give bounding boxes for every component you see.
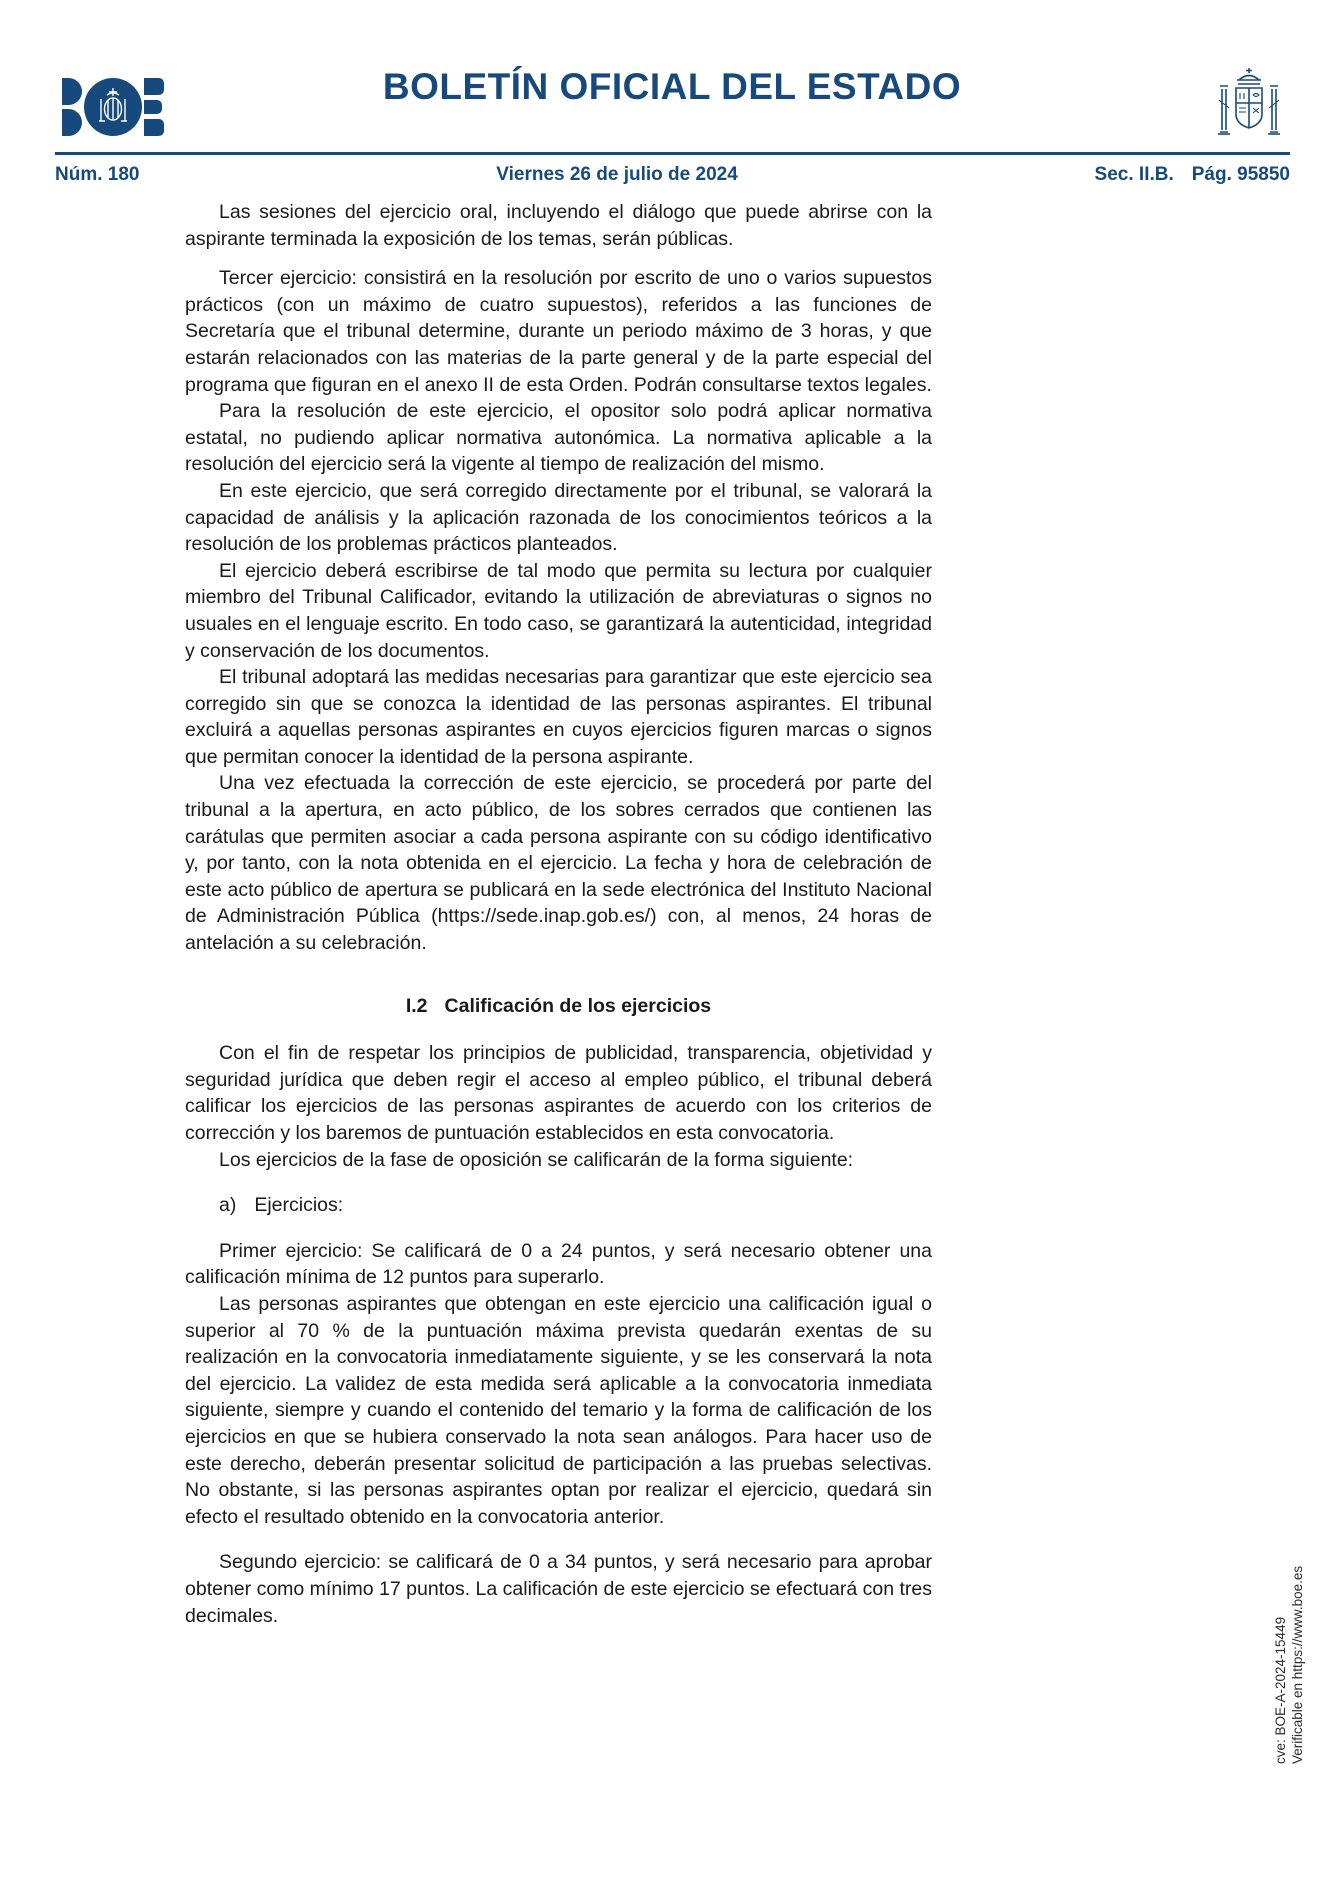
header-divider (55, 152, 1290, 155)
publication-date: Viernes 26 de julio de 2024 (139, 164, 1094, 186)
issue-number: Núm. 180 (55, 164, 139, 186)
paragraph-forma-calificacion: Los ejercicios de la fase de oposición s… (185, 1147, 932, 1174)
paragraph-primer-ejercicio: Primer ejercicio: Se calificará de 0 a 2… (185, 1238, 932, 1291)
boe-document-page: BOLETÍN OFICIAL DEL ESTADO (0, 0, 1344, 1900)
list-item-marker: a) (219, 1194, 236, 1216)
paragraph-sesiones: Las sesiones del ejercicio oral, incluye… (185, 199, 932, 252)
section-heading-text: Calificación de los ejercicios (445, 995, 712, 1017)
document-body: Las sesiones del ejercicio oral, incluye… (185, 199, 932, 1629)
page-title: BOLETÍN OFICIAL DEL ESTADO (0, 66, 1344, 108)
list-item-label: Ejercicios: (254, 1194, 343, 1216)
paragraph-valoracion: En este ejercicio, que será corregido di… (185, 478, 932, 558)
verification-sidebar: cve: BOE-A-2024-15449 Verificable en htt… (1272, 1524, 1306, 1764)
paragraph-tercer-ejercicio: Tercer ejercicio: consistirá en la resol… (185, 265, 932, 398)
section-heading-number: I.2 (406, 995, 428, 1017)
paragraph-legibilidad: El ejercicio deberá escribirse de tal mo… (185, 558, 932, 664)
section-heading: I.2Calificación de los ejercicios (185, 993, 932, 1020)
masthead: BOLETÍN OFICIAL DEL ESTADO (0, 0, 1344, 152)
paragraph-exencion: Las personas aspirantes que obtengan en … (185, 1291, 932, 1530)
paragraph-segundo-ejercicio: Segundo ejercicio: se calificará de 0 a … (185, 1549, 932, 1629)
paragraph-anonimato: El tribunal adoptará las medidas necesar… (185, 664, 932, 770)
section-label: Sec. II.B. (1095, 164, 1174, 186)
page-number: Pág. 95850 (1192, 164, 1290, 186)
coat-of-arms-icon (1212, 62, 1286, 150)
verify-url: Verificable en https://www.boe.es (1289, 1524, 1306, 1764)
paragraph-principios: Con el fin de respetar los principios de… (185, 1040, 932, 1146)
meta-row: Núm. 180 Viernes 26 de julio de 2024 Sec… (55, 162, 1290, 188)
paragraph-apertura-sobres: Una vez efectuada la corrección de este … (185, 770, 932, 956)
cve-code: cve: BOE-A-2024-15449 (1272, 1524, 1289, 1764)
paragraph-resolucion-normativa: Para la resolución de este ejercicio, el… (185, 398, 932, 478)
list-item-a: a)Ejercicios: (185, 1192, 932, 1219)
